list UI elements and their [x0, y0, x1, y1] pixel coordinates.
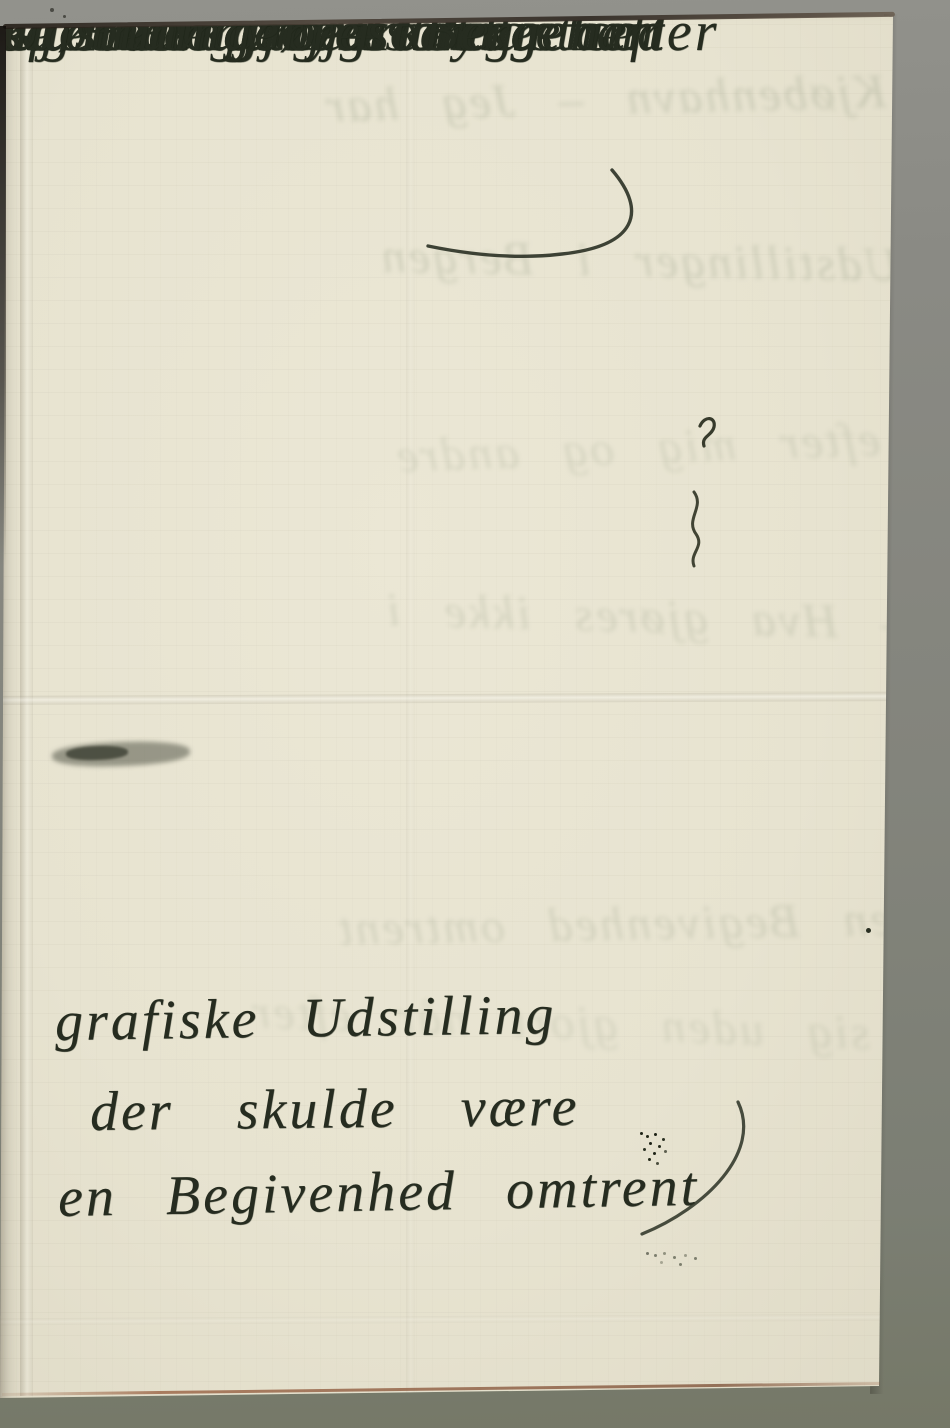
handwriting-line: grafiske Udstilling [55, 983, 557, 1054]
verso-showthrough: en Begivenhed omtrent [336, 892, 893, 957]
paper-sheet: Kjøbenhavn – Jeg har Udstillinger i Berg… [0, 0, 950, 1428]
handwriting-line: Udstillinger i Bergen [0, 0, 601, 64]
paper-left-edge-shadow [0, 26, 6, 566]
ink-smudge [646, 1252, 649, 1255]
fold-crease-horizontal [0, 1314, 884, 1326]
fold-crease-horizontal [0, 692, 888, 705]
ink-dot [866, 928, 871, 933]
board-speck [63, 15, 66, 18]
handwriting-line: en Begivenhed omtrent [57, 1155, 699, 1230]
ink-smudge [640, 1132, 643, 1135]
fold-crease-vertical [20, 26, 33, 1396]
handwriting-line: der skulde være [90, 1075, 580, 1144]
verso-showthrough: – Hva gjøres ikke i [384, 582, 907, 651]
board-speck [50, 8, 54, 12]
verso-showthrough: Udstillinger i Bergen [378, 229, 900, 293]
verso-showthrough: efter mig og andre [393, 412, 881, 484]
letter-photo: Kjøbenhavn – Jeg har Udstillinger i Berg… [0, 0, 950, 1428]
